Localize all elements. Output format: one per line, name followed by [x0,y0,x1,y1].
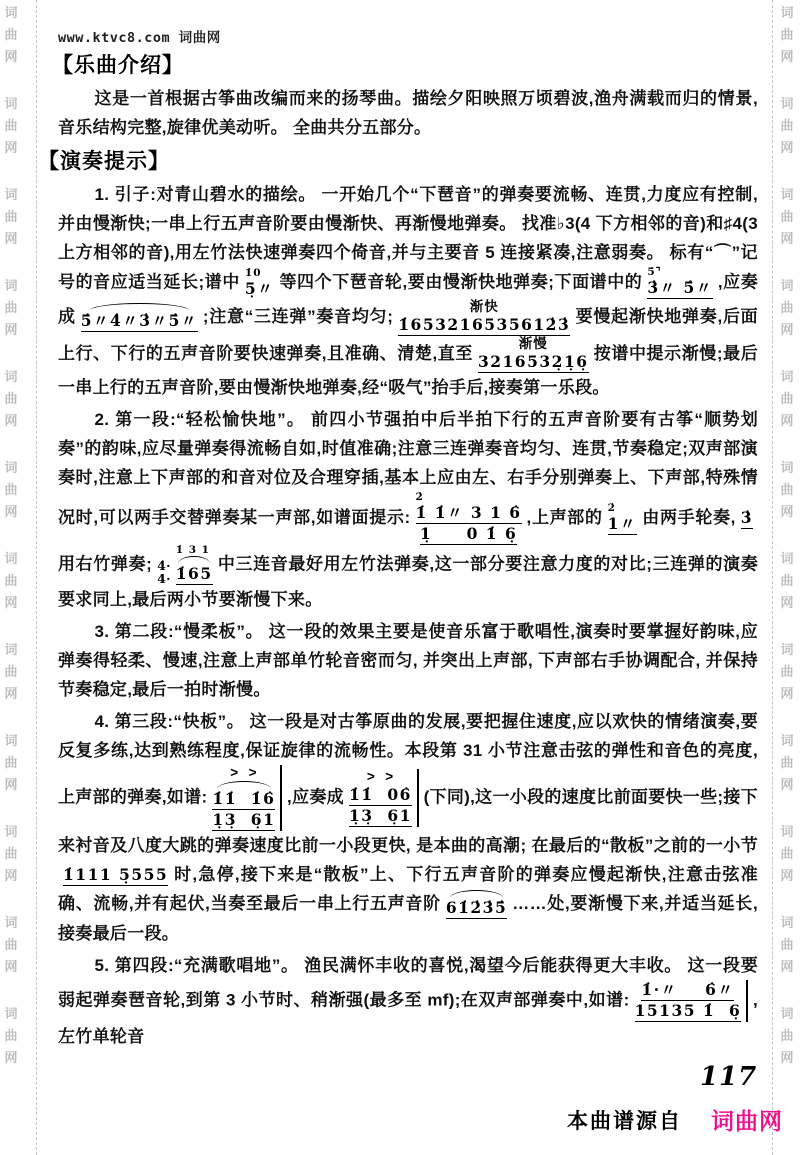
watermark-char: 词 [780,825,793,838]
watermark-char: 词 [780,370,793,383]
watermark-char: 曲 [4,119,17,132]
notation-label: 渐快 [470,299,499,315]
side-watermark: 词曲网 [780,916,793,982]
watermark-char: 网 [4,778,17,791]
watermark-char: 词 [4,97,17,110]
watermark-char: 曲 [4,392,17,405]
watermark-char: 网 [4,505,17,518]
grace-notes: 5̇⌝ [647,267,661,278]
side-watermark: 词曲网 [4,552,17,618]
section-heading-intro: 【乐曲介绍】 [52,49,758,79]
tips-paragraph-1: 1. 引子:对青山碧水的描绘。 一开始几个“下琶音”的弹奏要流畅、连贯,力度应有… [58,180,758,402]
slur-arc [217,781,271,789]
music-notation: 渐慢3216532̣1̣6̣ [478,336,589,373]
notation-row: 1̇1̇ 1̇6̇ [212,789,275,810]
watermark-char: 曲 [780,392,793,405]
watermark-char: 网 [4,869,17,882]
watermark-char: 曲 [780,1029,793,1042]
side-watermark: 词曲网 [4,1007,17,1073]
notation-row: 3̇〃 5̇〃 [647,278,712,299]
watermark-char: 词 [780,643,793,656]
side-watermark: 词曲网 [4,279,17,345]
watermark-char: 曲 [780,938,793,951]
watermark-char: 曲 [4,574,17,587]
watermark-char: 曲 [780,574,793,587]
music-notation: 61̇2̇3̇5̇ [446,890,507,919]
slur-arc [178,556,210,564]
tips-paragraph-3: 3. 第二段:“慢柔板”。 这一段的效果主要是使音乐富于歌唱性,演奏时要掌握好韵… [58,617,758,704]
watermark-char: 网 [780,596,793,609]
watermark-char: 词 [4,825,17,838]
watermark-char: 词 [4,916,17,929]
notation-row: 3̇ [741,508,753,529]
watermark-char: 曲 [4,847,17,860]
bar-line [746,980,748,1022]
notation-row: 1̇1̇ 06̇ [349,785,412,806]
watermark-char: 网 [4,50,17,63]
body-text: 3. 第二段:“慢柔板”。 这一段的效果主要是使音乐富于歌唱性,演奏时要掌握好韵… [58,622,758,699]
tips-paragraph-4: 4. 第三段:“快板”。 这一段是对古筝原曲的发展,要把握住速度,应以欢快的情绪… [58,707,758,948]
watermark-char: 网 [780,778,793,791]
music-notation: 3̇ [741,508,753,529]
watermark-char: 网 [780,50,793,63]
watermark-char: 词 [780,279,793,292]
watermark-char: 网 [780,1051,793,1064]
grace-notes: 1̇ 3 1 [176,545,210,556]
brand-watermark: 词曲网 [711,1103,783,1136]
bar-line [417,769,419,827]
watermark-char: 网 [780,960,793,973]
side-watermark: 词曲网 [4,370,17,436]
music-notation: 1̇111 5̣555 [63,865,168,886]
notation-row: 1̇ 1̇〃 3 1 6̇ [416,503,522,524]
slur-arc [89,303,190,311]
watermark-char: 网 [4,414,17,427]
watermark-char: 网 [4,960,17,973]
watermark-char: 网 [4,141,17,154]
grace-notes: 1̇0 [245,268,262,279]
watermark-char: 曲 [780,483,793,496]
watermark-char: 词 [780,916,793,929]
watermark-char: 曲 [4,301,17,314]
watermark-char: 词 [4,643,17,656]
side-watermark: 词曲网 [780,1007,793,1073]
side-watermark: 词曲网 [780,188,793,254]
watermark-char: 曲 [780,119,793,132]
side-watermark: 词曲网 [4,6,17,72]
watermark-char: 网 [4,323,17,336]
watermark-char: 网 [780,141,793,154]
source-label: 本曲谱源自 [567,1105,682,1135]
body-text: ,上声部的 [527,508,603,527]
watermark-char: 网 [780,505,793,518]
section-heading-tips: 【演奏提示】 [38,145,758,175]
page: 词曲网词曲网词曲网词曲网词曲网词曲网词曲网词曲网词曲网词曲网词曲网词曲网 词曲网… [0,0,800,1155]
music-notation: > >1̇1̇ 1̇6̇1̣3̣ 6̣1 [212,765,282,831]
watermark-char: 词 [4,552,17,565]
intro-paragraph: 这是一首根据古筝曲改编而来的扬琴曲。描绘夕阳映照万顷碧波,渔舟满载而归的情景,音… [58,84,758,142]
watermark-char: 词 [780,1007,793,1020]
body-text: 由两手轮奏, [642,508,736,527]
watermark-char: 曲 [780,665,793,678]
tips-paragraph-5: 5. 第四段:“充满歌唱地”。 渔民满怀丰收的喜悦,渴望今后能获得更大丰收。 这… [58,951,758,1051]
watermark-char: 网 [780,232,793,245]
left-dashed-divider [36,0,37,1155]
watermark-char: 词 [4,279,17,292]
watermark-char: 曲 [780,210,793,223]
watermark-char: 词 [4,188,17,201]
side-watermark: 词曲网 [780,643,793,709]
slur-arc [450,890,503,898]
side-watermark: 词曲网 [780,734,793,800]
bar-line [280,765,282,831]
watermark-char: 曲 [4,756,17,769]
tips-paragraph-2: 2. 第一段:“轻松愉快地”。 前四小节强拍中后半拍下行的五声音阶要有古筝“顺势… [58,405,758,614]
watermark-char: 曲 [4,28,17,41]
body-text: 这是一首根据古筝曲改编而来的扬琴曲。描绘夕阳映照万顷碧波,渔舟满载而归的情景,音… [58,89,758,137]
music-notation: 1̇·〃 6̇〃15135 1̇ 6̣ [635,980,748,1022]
watermark-char: 词 [4,461,17,474]
watermark-char: 网 [4,232,17,245]
right-dashed-divider [772,0,773,1155]
body-text: 等四个下琶音轮,要由慢渐快地弹奏;下面谱中的 [279,272,642,291]
watermark-char: 曲 [4,938,17,951]
side-watermark: 词曲网 [780,552,793,618]
grace-notes: 2̇ [416,492,424,503]
watermark-char: 词 [4,734,17,747]
watermark-char: 网 [780,323,793,336]
music-notation: 1̇05̣〃 [245,268,274,299]
watermark-char: 曲 [4,665,17,678]
music-notation: 4̇·4·1̇ 3 11̇65 [157,545,213,585]
watermark-char: 网 [780,414,793,427]
watermark-char: 词 [4,370,17,383]
side-watermark: 词曲网 [4,734,17,800]
side-watermark: 词曲网 [4,916,17,982]
watermark-char: 曲 [780,756,793,769]
document-content: www.ktvc8.com 词曲网 【乐曲介绍】 这是一首根据古筝曲改编而来的扬… [58,20,758,1054]
notation-row: 5̇〃4̇〃3̇〃5̇〃 [81,311,198,332]
notation-row: 1̇111 5̣555 [63,865,168,886]
notation-row: 3216532̣1̣6̣ [478,352,589,373]
watermark-char: 曲 [780,301,793,314]
notation-row: 15135 1̇ 6̣ [635,1001,742,1022]
watermark-char: 词 [780,461,793,474]
music-notation: > >1̇1̇ 06̇1̣3̣ 6̣1 [349,769,419,827]
side-watermark: 词曲网 [4,97,17,163]
watermark-char: 词 [780,188,793,201]
watermark-char: 网 [4,687,17,700]
watermark-char: 词 [780,6,793,19]
notation-row: 1̣3̣ 6̣1 [212,810,275,831]
notation-label: > > [367,769,394,785]
body-text: 用右竹弹奏; [58,554,152,573]
notation-row: 1̇65 [176,564,213,585]
music-notation: 渐快1̇653216535612̇3̇ [398,299,570,336]
watermark-char: 词 [780,552,793,565]
body-text: ;注意“三连弹”奏音均匀; [203,307,393,326]
notation-row: 1̣3̣ 6̣1 [349,806,412,827]
notation-row: 1〃 [608,514,637,535]
body-text: ,应奏成 [287,787,344,806]
watermark-char: 网 [4,596,17,609]
music-notation: 5̇⌝3̇〃 5̇〃 [647,267,712,299]
notation-label: > > [230,765,257,781]
grace-notes: 2̇ [608,503,616,514]
music-notation: 2̇1̇ 1̇〃 3 1 6̇1̣ 0 1̇ 6̣ [416,492,522,545]
music-notation: 5̇〃4̇〃3̇〃5̇〃 [81,303,198,332]
watermark-char: 网 [4,1051,17,1064]
notation-row: 1̇·〃 6̇〃 [641,980,734,1001]
side-watermark: 词曲网 [4,643,17,709]
watermark-char: 词 [780,734,793,747]
side-watermark: 词曲网 [780,6,793,72]
notation-row: 61̇2̇3̇5̇ [446,898,507,919]
watermark-char: 网 [780,687,793,700]
side-watermark: 词曲网 [780,461,793,527]
side-watermark: 词曲网 [780,97,793,163]
watermark-char: 网 [780,869,793,882]
watermark-char: 词 [4,1007,17,1020]
watermark-char: 曲 [4,1029,17,1042]
watermark-char: 曲 [4,210,17,223]
notation-row: 1̣ 0 1̇ 6̣ [420,524,517,545]
side-watermark: 词曲网 [4,188,17,254]
notation-row: 1̇653216535612̇3̇ [398,315,570,336]
side-watermark: 词曲网 [780,370,793,436]
time-signature-row: 4· [157,572,171,585]
watermark-char: 词 [4,6,17,19]
page-number: 117 [700,1062,757,1092]
music-notation: 2̇1〃 [608,503,637,535]
side-watermark: 词曲网 [780,279,793,345]
right-watermark-column: 词曲网词曲网词曲网词曲网词曲网词曲网词曲网词曲网词曲网词曲网词曲网词曲网 [778,6,796,1155]
watermark-char: 曲 [780,28,793,41]
left-watermark-column: 词曲网词曲网词曲网词曲网词曲网词曲网词曲网词曲网词曲网词曲网词曲网词曲网 [2,6,20,1155]
side-watermark: 词曲网 [4,825,17,891]
side-watermark: 词曲网 [780,825,793,891]
watermark-char: 词 [780,97,793,110]
side-watermark: 词曲网 [4,461,17,527]
notation-row: 5̣〃 [245,279,274,299]
watermark-char: 曲 [4,483,17,496]
notation-label: 渐慢 [519,336,548,352]
watermark-char: 曲 [780,847,793,860]
site-url-watermark: www.ktvc8.com 词曲网 [58,26,758,46]
